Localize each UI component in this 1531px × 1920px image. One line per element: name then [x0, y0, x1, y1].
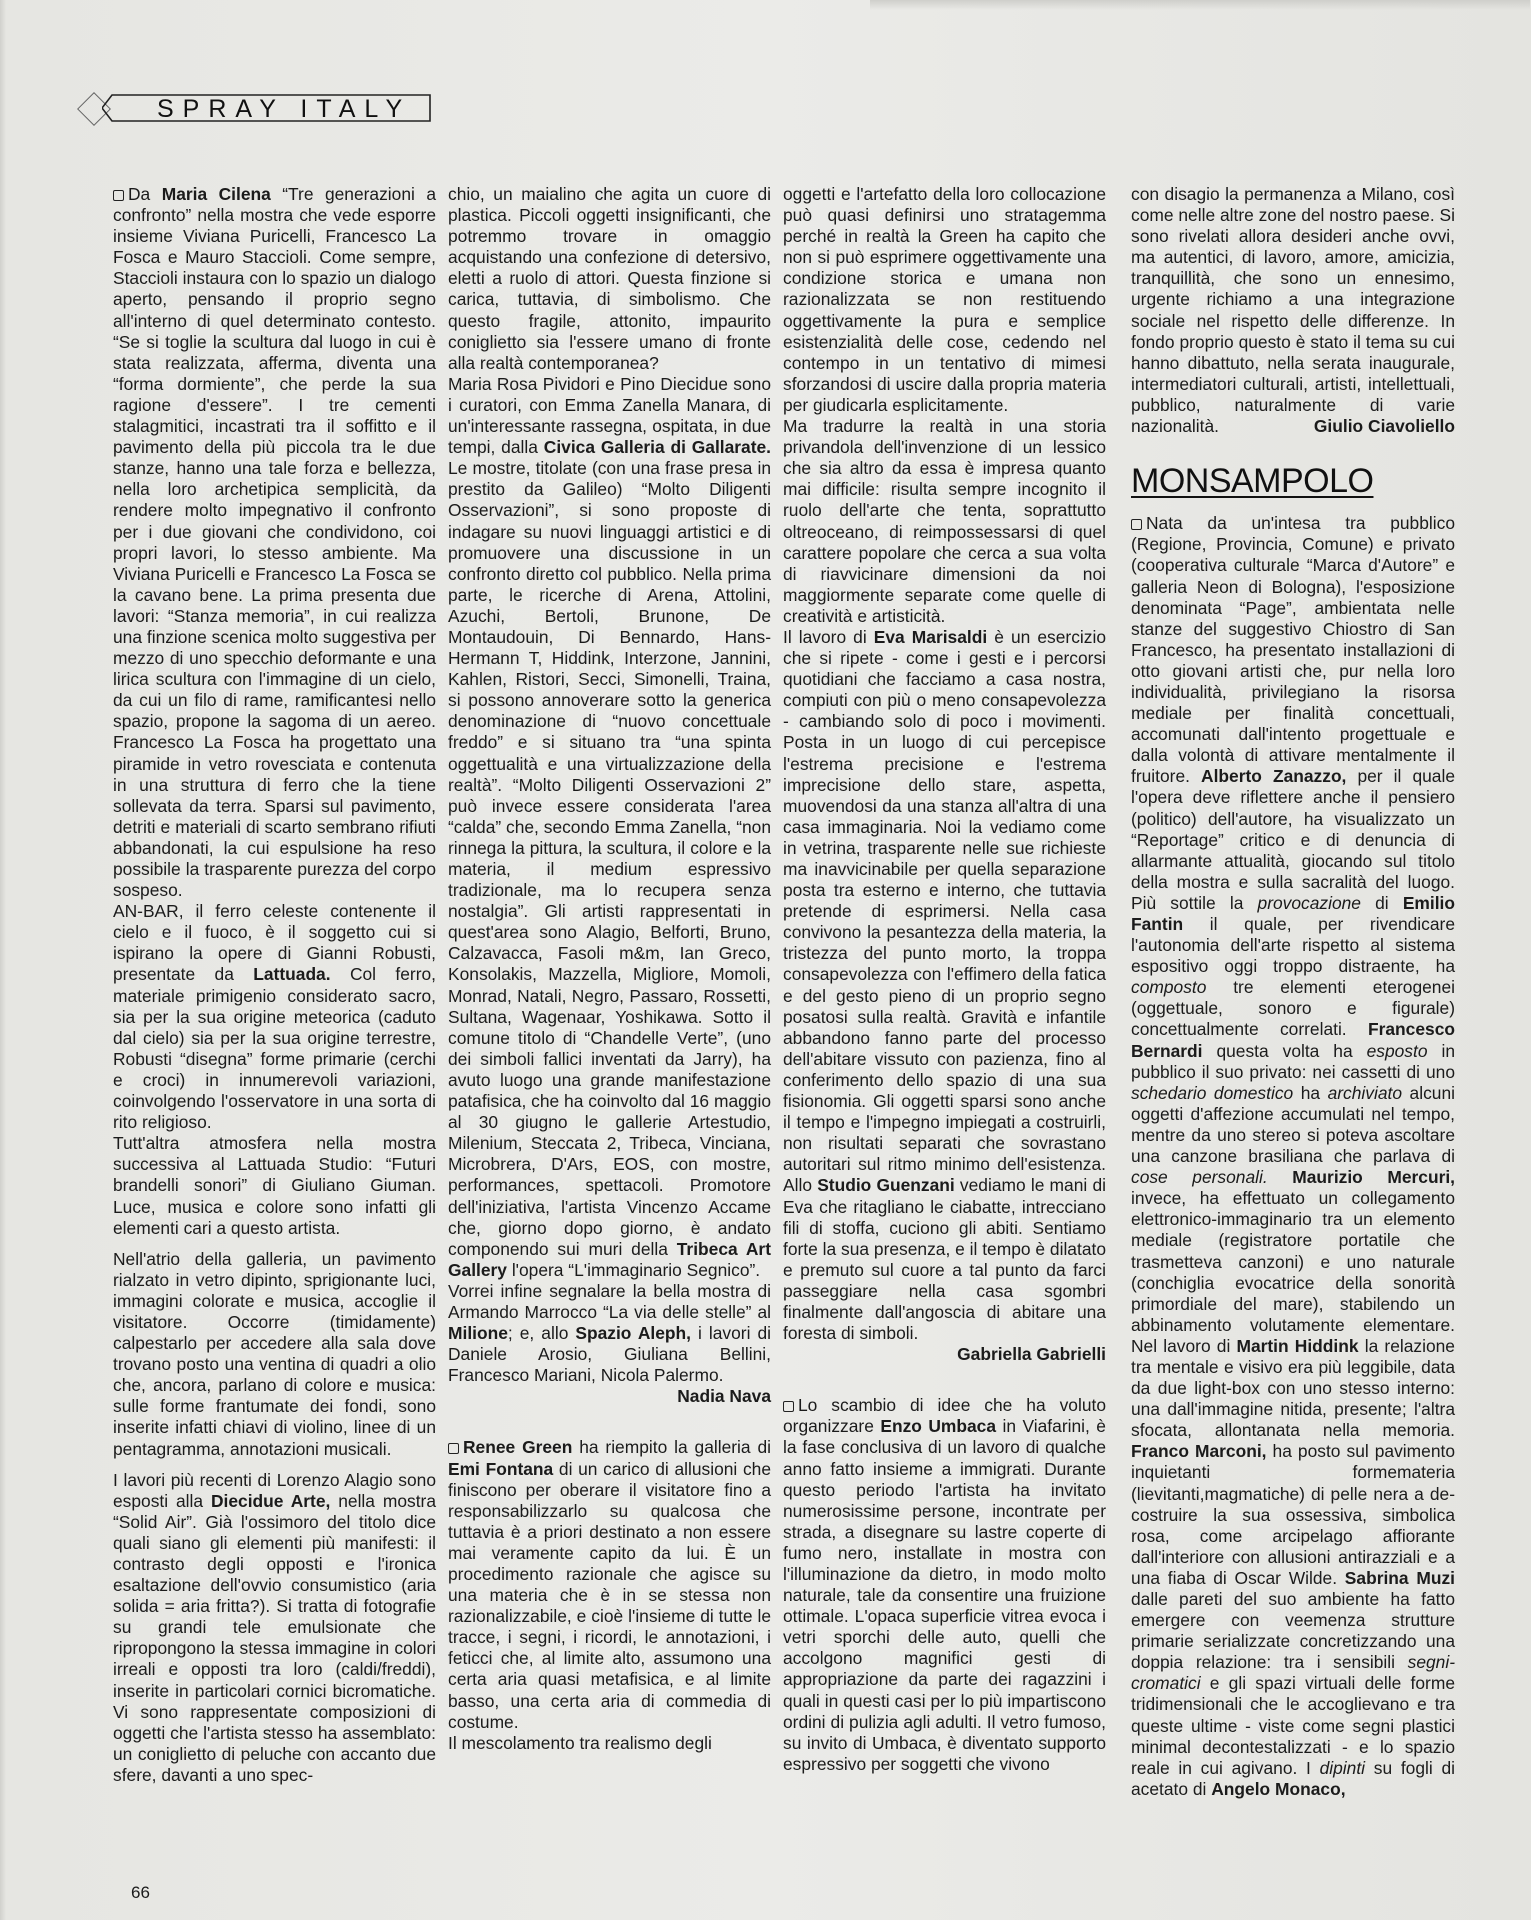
artist-name: Renee Green [463, 1437, 572, 1457]
page-shadow [870, 0, 1530, 10]
article-paragraph: Ma tradurre la realtà in una storia priv… [783, 416, 1106, 627]
article-paragraph: chio, un maialino che agita un cuore di … [448, 184, 771, 374]
artist-name: Enzo Umbaca [880, 1416, 996, 1436]
article-paragraph: I lavori più recenti di Lorenzo Alagio s… [113, 1470, 436, 1786]
artist-name: Sabrina Muzi [1345, 1568, 1455, 1588]
column-2: chio, un maialino che agita un cuore di … [448, 184, 771, 1754]
article-paragraph: Maria Rosa Pividori e Pino Diecidue sono… [448, 374, 771, 1281]
artist-name: Maurizio Mercuri, [1292, 1167, 1455, 1187]
gallery-name: Milione [448, 1323, 508, 1343]
gallery-name: Spazio Aleph, [575, 1323, 691, 1343]
article-paragraph: Renee Green ha riempito la galleria di E… [448, 1437, 771, 1732]
gallery-name: Diecidue Arte, [211, 1491, 330, 1511]
gallery-name: Studio Guenzani [817, 1175, 955, 1195]
author-signature: Gabriella Gabrielli [783, 1344, 1106, 1365]
article-paragraph: Tutt'altra atmosfera nella mostra succes… [113, 1133, 436, 1238]
article-paragraph: Nata da un'intesa tra pubblico (Regione,… [1131, 513, 1455, 1800]
column-1: Da Maria Cilena “Tre generazioni a confr… [113, 184, 436, 1786]
column-3: oggetti e l'artefatto della loro colloca… [783, 184, 1106, 1775]
checkbox-bullet-icon [783, 1401, 794, 1412]
article-paragraph: oggetti e l'artefatto della loro colloca… [783, 184, 1106, 416]
article-paragraph: Lo scambio di idee che ha voluto organiz… [783, 1395, 1106, 1775]
column-4: con disagio la permanenza a Milano, così… [1131, 184, 1455, 1800]
artist-name: Angelo Monaco, [1211, 1779, 1345, 1799]
section-label: SPRAY ITALY [157, 95, 411, 124]
artist-name: Franco Marconi, [1131, 1441, 1267, 1461]
gallery-name: Lattuada. [253, 964, 330, 984]
checkbox-bullet-icon [1131, 519, 1142, 530]
artist-name: Alberto Zanazzo, [1201, 766, 1346, 786]
article-paragraph: Nell'atrio della galleria, un pavimento … [113, 1249, 436, 1460]
article-paragraph: Il lavoro di Eva Marisaldi è un esercizi… [783, 627, 1106, 1344]
author-name: Maria Cilena [162, 184, 271, 204]
article-paragraph: Il mescolamento tra realismo degli [448, 1733, 771, 1754]
article-paragraph: Vorrei infine segnalare la bella mostra … [448, 1281, 771, 1386]
gallery-name: Civica Galleria di Gallarate. [544, 437, 771, 457]
artist-name: Martin Hiddink [1236, 1336, 1358, 1356]
checkbox-bullet-icon [113, 190, 124, 201]
article-paragraph: con disagio la permanenza a Milano, così… [1131, 184, 1455, 437]
artist-name: Eva Marisaldi [874, 627, 987, 647]
page-number: 66 [131, 1883, 150, 1903]
magazine-page: SPRAY ITALY Da Maria Cilena “Tre generaz… [0, 0, 1531, 1920]
section-title: MONSAMPOLO [1131, 461, 1455, 501]
page-gutter-shadow [0, 0, 6, 1920]
section-tag: SPRAY ITALY [102, 94, 422, 120]
checkbox-bullet-icon [448, 1443, 459, 1454]
author-signature: Nadia Nava [448, 1386, 771, 1407]
article-paragraph: AN-BAR, il ferro celeste contenente il c… [113, 901, 436, 1133]
gallery-name: Emi Fontana [448, 1459, 553, 1479]
article-paragraph: Da Maria Cilena “Tre generazioni a confr… [113, 184, 436, 901]
